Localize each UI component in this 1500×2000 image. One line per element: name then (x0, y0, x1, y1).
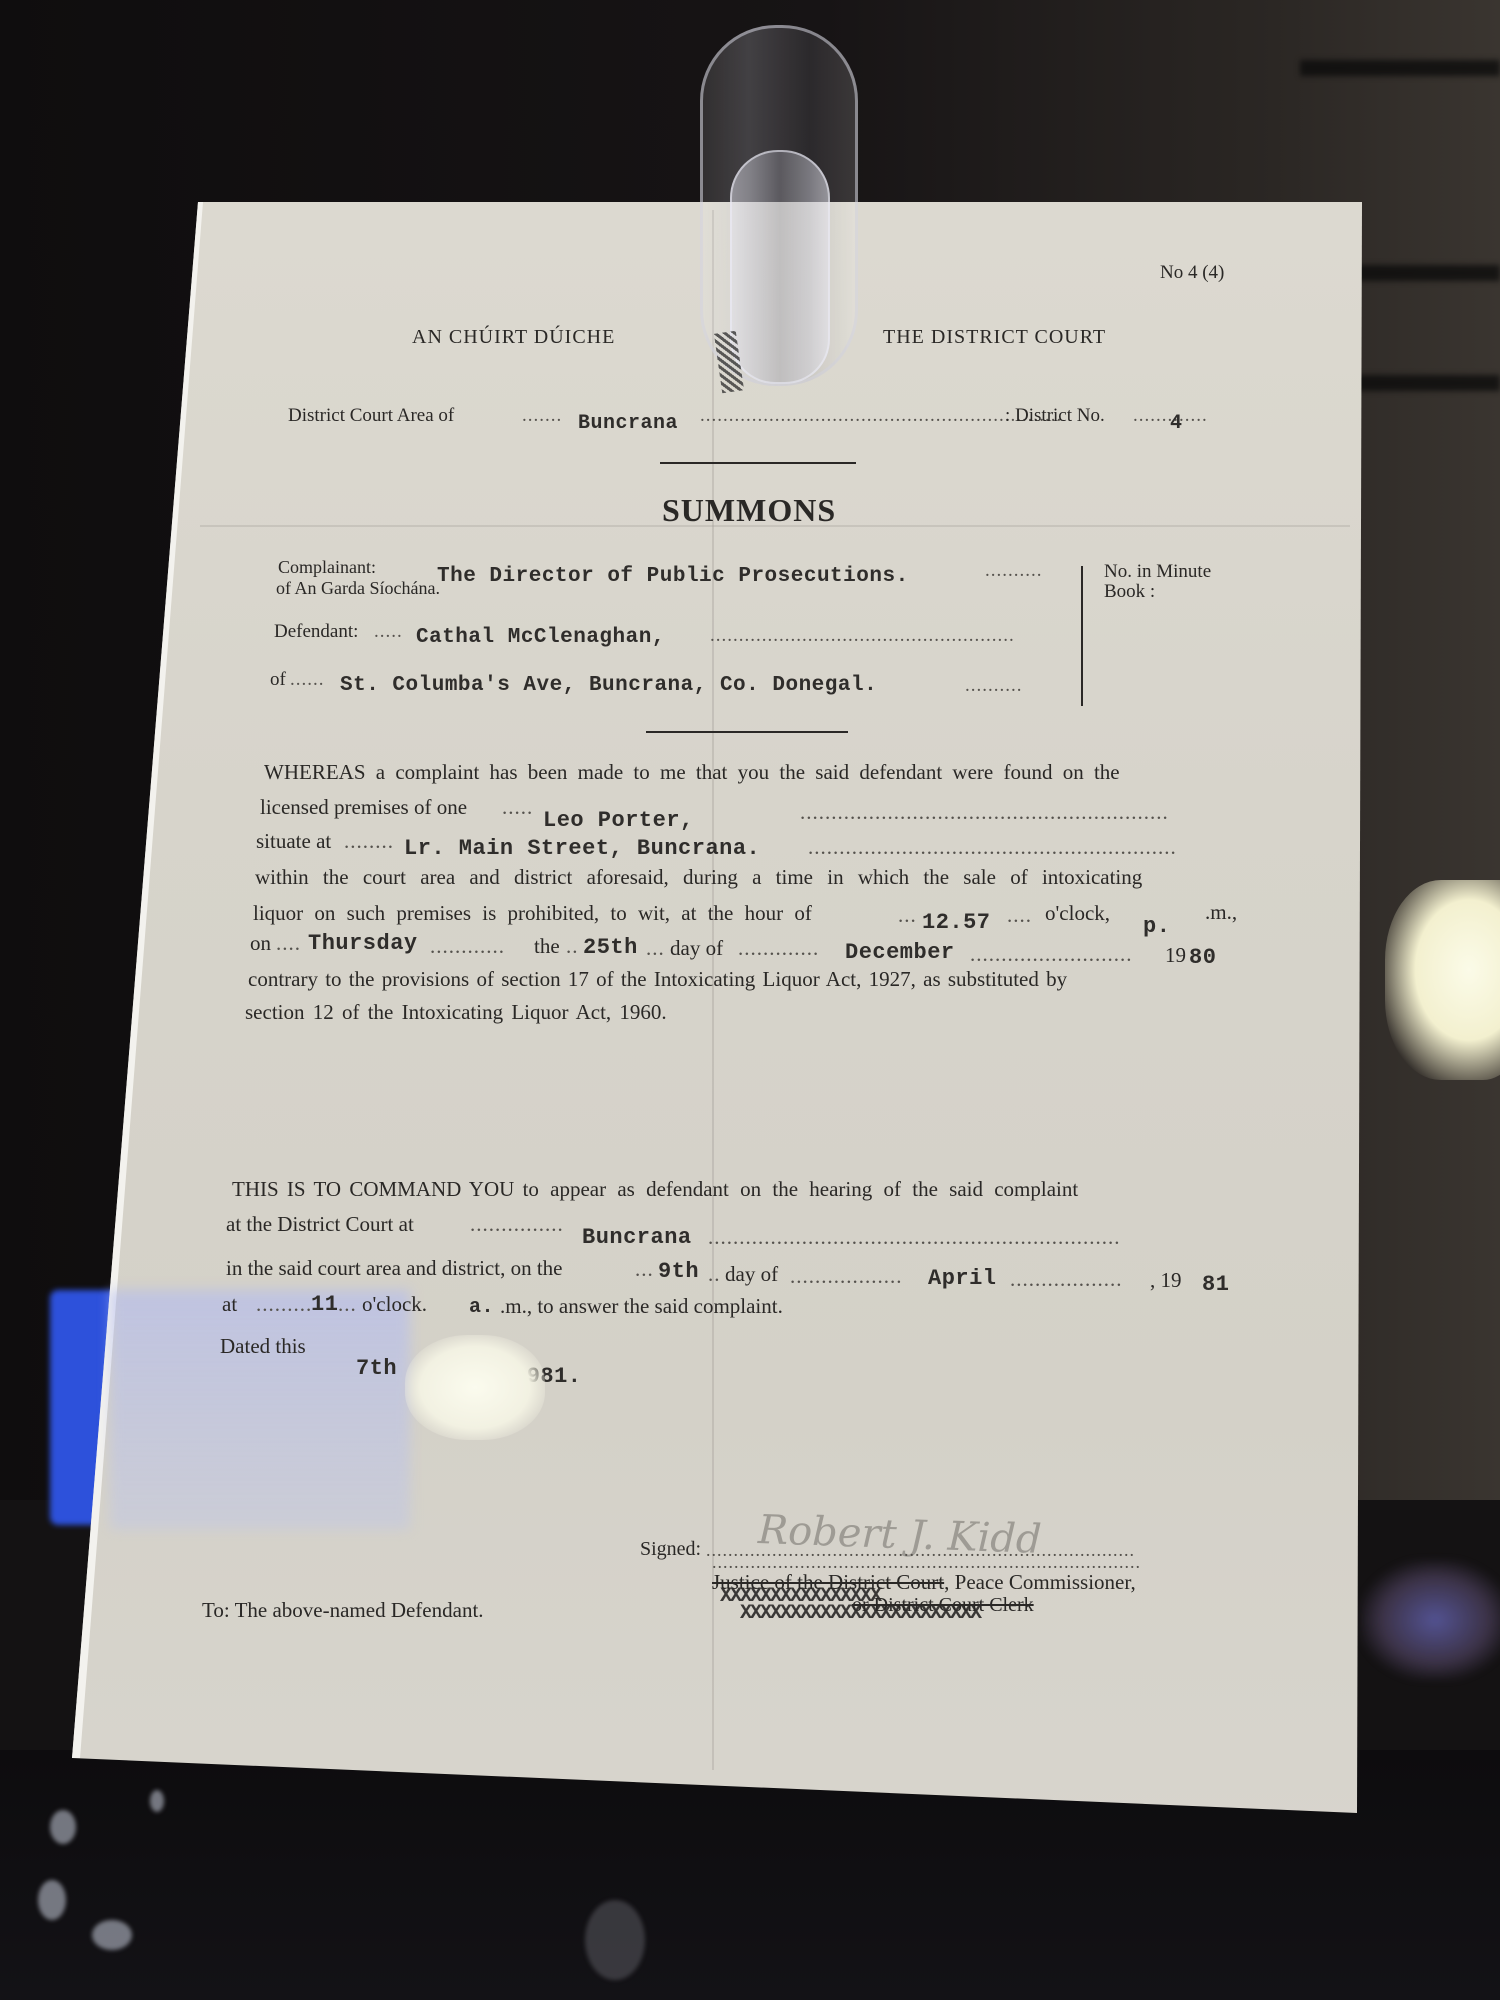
signatory-title-line-1: Justice of the District Court, Peace Com… (712, 1570, 1136, 1595)
command-line-4-rest: .m., to answer the said complaint. (500, 1294, 783, 1319)
bokeh-light (585, 1900, 645, 1980)
document-title: SUMMONS (662, 492, 836, 529)
dotted-leader: ..... (502, 795, 533, 820)
dotted-leader: .......................... (970, 942, 1133, 967)
court-label: at the District Court at (226, 1212, 414, 1237)
dotted-leader: ............ (430, 934, 505, 959)
situate-label: situate at (256, 829, 331, 854)
hearing-court-value: Buncrana (582, 1225, 692, 1250)
complainant-label: Complainant: (278, 557, 376, 578)
oclock-text: o'clock, (1045, 901, 1110, 926)
form-number: No 4 (4) (1160, 262, 1224, 284)
dated-day-value: 7th (356, 1356, 397, 1381)
whereas-line-7: contrary to the provisions of section 17… (248, 967, 1067, 992)
address-label: of (270, 669, 286, 691)
minute-book-label: No. in Minute Book : (1104, 562, 1254, 602)
defendant-address: St. Columba's Ave, Buncrana, Co. Donegal… (340, 674, 877, 697)
heading-irish: AN CHÚIRT DÚICHE (412, 326, 615, 349)
hearing-date-label: in the said court area and district, on … (226, 1256, 562, 1281)
glass-reflection (1360, 1560, 1500, 1680)
dotted-leader: .. (708, 1262, 721, 1287)
defendant-label: Defendant: (274, 621, 358, 643)
complainant-value: The Director of Public Prosecutions. (437, 565, 909, 588)
district-number-value: 4 (1170, 412, 1183, 435)
oclock-text: o'clock. (362, 1292, 427, 1317)
premises-label: licensed premises of one (260, 795, 467, 820)
kept-title: , Peace Commissioner, (944, 1570, 1136, 1594)
dotted-leader: ......... (256, 1292, 312, 1317)
whereas-line-1: WHEREAS a complaint has been made to me … (264, 760, 1120, 785)
dotted-leader: ... (338, 1292, 357, 1317)
light-glare (1385, 880, 1500, 1080)
dotted-leader: .......... (965, 675, 1023, 697)
dotted-leader: ... (635, 1257, 654, 1282)
command-line-1: THIS IS TO COMMAND YOU to appear as defe… (232, 1177, 1078, 1202)
glass-reflection-haze (110, 1290, 410, 1530)
bokeh-light (92, 1920, 132, 1950)
dotted-leader: ........................................… (800, 800, 1169, 825)
premises-owner-value: Leo Porter, (543, 808, 694, 833)
dotted-leader: ... (646, 936, 665, 961)
dotted-leader: ...... (290, 669, 325, 691)
hearing-hour-value: 11 (311, 1292, 338, 1317)
meridiem-suffix: .m., (1205, 900, 1237, 925)
offence-hour-value: 12.57 (922, 910, 991, 935)
bokeh-light (38, 1880, 66, 1920)
whereas-line-5: liquor on such premises is prohibited, t… (253, 901, 812, 926)
day-of-label: day of (725, 1262, 778, 1287)
district-area-value: Buncrana (578, 412, 678, 435)
dotted-leader: .................. (790, 1264, 903, 1289)
offence-weekday-value: Thursday (308, 931, 418, 956)
the-label: the (534, 934, 560, 959)
complainant-subtitle: of An Garda Síochána. (276, 578, 440, 599)
whereas-line-4: within the court area and district afore… (255, 865, 1142, 890)
hearing-month-value: April (928, 1266, 997, 1291)
on-label: on (250, 931, 271, 956)
dotted-leader: ........................................… (708, 1225, 1121, 1250)
offence-ampm-value: p. (1143, 914, 1170, 939)
year-prefix: 19 (1165, 943, 1186, 968)
command-caps: THIS IS TO COMMAND YOU (232, 1177, 514, 1201)
dotted-leader: .......... (985, 560, 1043, 582)
dotted-leader: .................. (1010, 1267, 1123, 1292)
dotted-leader: ........................................… (710, 625, 1015, 647)
divider-rule (660, 462, 856, 464)
offence-month-value: December (845, 940, 955, 965)
district-number-label: : District No. (1005, 405, 1105, 427)
struck-title: Justice of the District Court (712, 1570, 944, 1594)
dotted-leader: ....... (522, 405, 562, 427)
dotted-leader: ............... (470, 1212, 564, 1237)
dotted-leader: ..... (374, 621, 403, 643)
offence-day-value: 25th (583, 935, 638, 960)
hearing-ampm-value: a. (469, 1296, 494, 1319)
dotted-leader: .... (1007, 903, 1032, 928)
premises-address-value: Lr. Main Street, Buncrana. (404, 836, 760, 861)
light-glare-on-glass (405, 1335, 545, 1440)
dotted-leader: ... (898, 903, 917, 928)
dotted-leader: .. (566, 934, 579, 959)
signed-label: Signed: (640, 1538, 701, 1561)
day-of-label: day of (670, 936, 723, 961)
signatory-title-line-2: or District Court Clerk (852, 1594, 1034, 1617)
dotted-leader: ............. (738, 936, 819, 961)
offence-year-value: 80 (1189, 945, 1216, 970)
year-prefix: , 19 (1150, 1268, 1182, 1293)
addressee: To: The above-named Defendant. (202, 1598, 484, 1623)
adhesive-hook-arm (730, 150, 830, 384)
background-stripe (1300, 60, 1500, 76)
divider-rule (646, 731, 848, 733)
dotted-leader: .... (276, 931, 301, 956)
bokeh-light (50, 1810, 76, 1844)
dated-label: Dated this (220, 1334, 306, 1359)
dotted-leader: ........................................… (808, 835, 1177, 860)
bracket-line (1081, 566, 1083, 706)
hearing-year-value: 81 (1202, 1272, 1229, 1297)
whereas-line-8: section 12 of the Intoxicating Liquor Ac… (245, 1000, 667, 1025)
defendant-value: Cathal McClenaghan, (416, 626, 665, 649)
at-label: at (222, 1292, 237, 1317)
hearing-day-value: 9th (658, 1259, 699, 1284)
command-rest: to appear as defendant on the hearing of… (523, 1177, 1079, 1201)
bokeh-light (150, 1790, 164, 1812)
dotted-leader: ........ (344, 829, 394, 854)
heading-english: THE DISTRICT COURT (883, 326, 1106, 349)
district-area-label: District Court Area of (288, 405, 454, 427)
